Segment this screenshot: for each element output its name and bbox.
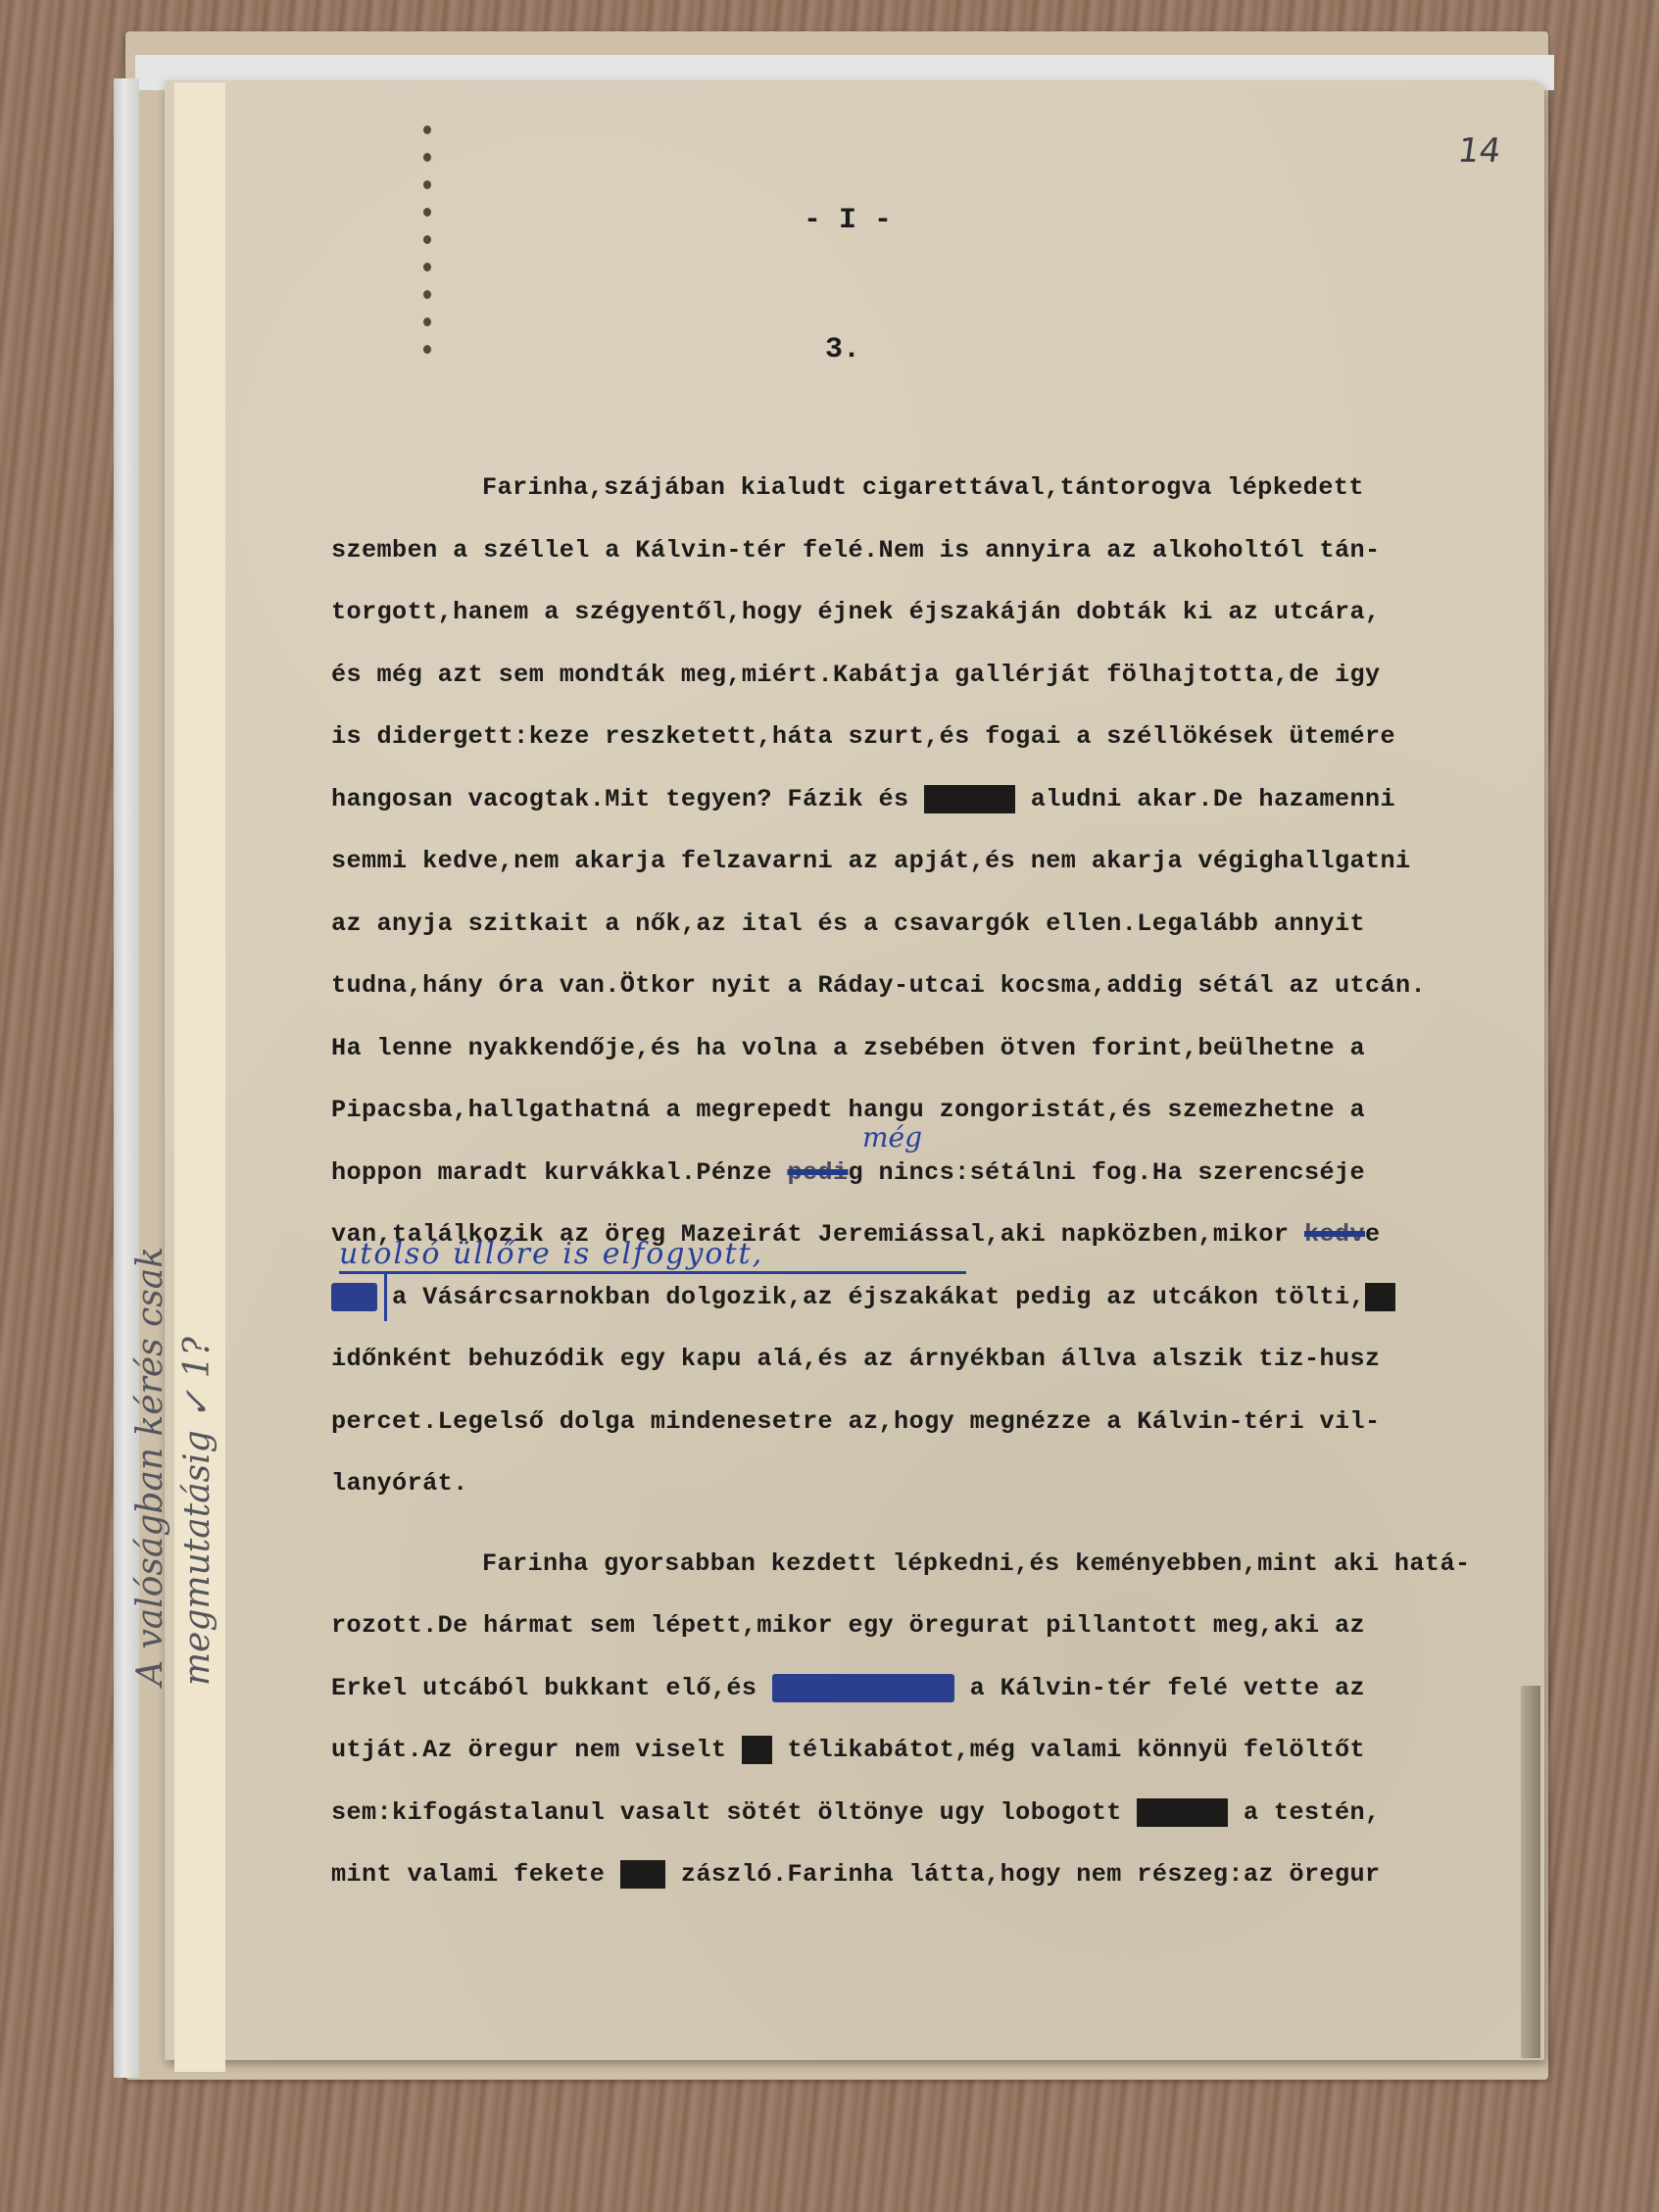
text-line: Farinha,szájában kialudt cigarettával,tá… [331, 457, 1556, 519]
text-line: sem:kifogástalanul vasalt sötét öltönye … [331, 1782, 1556, 1844]
body-text: Farinha,szájában kialudt cigarettával,tá… [331, 457, 1556, 1906]
text-segment: időnként behuzódik egy kapu alá,és az ár… [331, 1345, 1381, 1373]
text-line: semmi kedve,nem akarja felzavarni az apj… [331, 830, 1556, 893]
text-line: szemben a széllel a Kálvin-tér felé.Nem … [331, 519, 1556, 582]
margin-annotation-line-2: megmutatásig ✓ 1? [174, 1247, 221, 1686]
stack-edge [114, 78, 139, 2078]
text-line: hangosan vacogtak.Mit tegyen? Fázik és á… [331, 768, 1556, 831]
handwritten-insertion-line: utolsó üllőre is elfogyott, [339, 1237, 966, 1274]
text-line: az anyja szitkait a nők,az ital és a csa… [331, 893, 1556, 956]
typed-strikeout: álmmmx [924, 785, 1015, 813]
text-segment: is didergett:keze reszketett,háta szurt,… [331, 722, 1395, 751]
text-line: időnként behuzódik egy kapu alá,és az ár… [331, 1328, 1556, 1391]
text-line: és még azt sem mondták meg,miért.Kabátja… [331, 644, 1556, 707]
punch-holes [423, 125, 435, 372]
text-segment: torgott,hanem a szégyentől,hogy éjnek éj… [331, 598, 1381, 626]
text-line: mint valami fekete xxx zászló.Farinha lá… [331, 1843, 1556, 1906]
text-segment: hoppon maradt kurvákkal.Pénze [331, 1158, 787, 1187]
text-line: utját.Az öregur nem viselt xx télikabáto… [331, 1719, 1556, 1782]
text-line: percet.Legelső dolga mindenesetre az,hog… [331, 1391, 1556, 1453]
text-line: lanyórát. [331, 1452, 1556, 1515]
text-segment: tudna,hány óra van.Ötkor nyit a Ráday-ut… [331, 971, 1426, 1000]
pen-strikeout: kedv [1304, 1220, 1365, 1249]
typed-strikeout: xx [1365, 1283, 1395, 1311]
text-segment: szemben a széllel a Kálvin-tér felé.Nem … [331, 536, 1381, 565]
typed-strikeout: xxx [620, 1860, 666, 1889]
chapter-heading: - I - [804, 204, 892, 237]
text-line: Pipacsba,hallgathatná a megrepedt hangu … [331, 1079, 1556, 1142]
text-segment: a testén, [1228, 1798, 1380, 1827]
text-segment: lanyórát. [331, 1469, 468, 1498]
text-segment: Erkel utcából bukkant elő,és [331, 1674, 772, 1702]
text-segment: mint valami fekete [331, 1860, 620, 1889]
text-segment: sem:kifogástalanul vasalt sötét öltönye … [331, 1798, 1137, 1827]
text-segment: e [1365, 1220, 1381, 1249]
text-segment: Farinha gyorsabban kezdett lépkedni,és k… [482, 1549, 1470, 1578]
text-segment: a Kálvin-tér felé vette az [954, 1674, 1365, 1702]
text-line: torgott,hanem a szégyentől,hogy éjnek éj… [331, 581, 1556, 644]
text-line: tudna,hány óra van.Ötkor nyit a Ráday-ut… [331, 955, 1556, 1017]
text-line: van a Vásárcsarnokban dolgozik,az éjszak… [331, 1266, 1556, 1329]
text-line: Farinha gyorsabban kezdett lépkedni,és k… [331, 1533, 1556, 1596]
text-line: Ha lenne nyakkendője,és ha volna a zsebé… [331, 1017, 1556, 1080]
text-segment: és még azt sem mondták meg,miért.Kabátja… [331, 661, 1381, 689]
text-segment: aludni akar.De hazamenni [1015, 785, 1395, 813]
text-segment: Farinha,szájában kialudt cigarettával,tá… [482, 473, 1364, 502]
section-number: 3. [825, 333, 860, 367]
typed-strikeout: xákxxy [1137, 1798, 1228, 1827]
text-segment: hangosan vacogtak.Mit tegyen? Fázik és [331, 785, 924, 813]
text-segment: percet.Legelső dolga mindenesetre az,hog… [331, 1407, 1381, 1436]
typed-strikeout: xx [742, 1736, 772, 1764]
ink-blot-deletion: mint Farinha [772, 1674, 954, 1702]
text-segment: rozott.De hármat sem lépett,mikor egy ör… [331, 1611, 1365, 1640]
text-line: hoppon maradt kurvákkal.Pénze pedig ninc… [331, 1142, 1556, 1204]
text-line: Erkel utcából bukkant elő,és mint Farinh… [331, 1657, 1556, 1720]
text-segment: télikabátot,még valami könnyü felöltőt [772, 1736, 1365, 1764]
text-line: rozott.De hármat sem lépett,mikor egy ör… [331, 1595, 1556, 1657]
handwritten-insertion-meg: még [862, 1121, 922, 1154]
text-segment: utját.Az öregur nem viselt [331, 1736, 742, 1764]
pen-strikeout: pedi [787, 1158, 848, 1187]
page-left-margin-strip [174, 82, 225, 2072]
text-segment: az anyja szitkait a nők,az ital és a csa… [331, 909, 1365, 938]
text-segment: g nincs:sétálni fog.Ha szerencséje [849, 1158, 1366, 1187]
insertion-caret [384, 1272, 387, 1321]
text-line: is didergett:keze reszketett,háta szurt,… [331, 706, 1556, 768]
text-segment: zászló.Farinha látta,hogy nem részeg:az … [665, 1860, 1380, 1889]
margin-annotation: A valóságban kérés csak megmutatásig ✓ 1… [127, 1247, 221, 1686]
text-segment: semmi kedve,nem akarja felzavarni az apj… [331, 847, 1411, 875]
page-number: 14 [1455, 131, 1503, 171]
text-segment: a Vásárcsarnokban dolgozik,az éjszakákat… [377, 1283, 1365, 1311]
margin-annotation-line-1: A valóságban kérés csak [127, 1247, 174, 1686]
ink-blot-deletion: van [331, 1283, 377, 1311]
text-segment: Pipacsba,hallgathatná a megrepedt hangu … [331, 1096, 1365, 1124]
text-segment: Ha lenne nyakkendője,és ha volna a zsebé… [331, 1034, 1365, 1062]
